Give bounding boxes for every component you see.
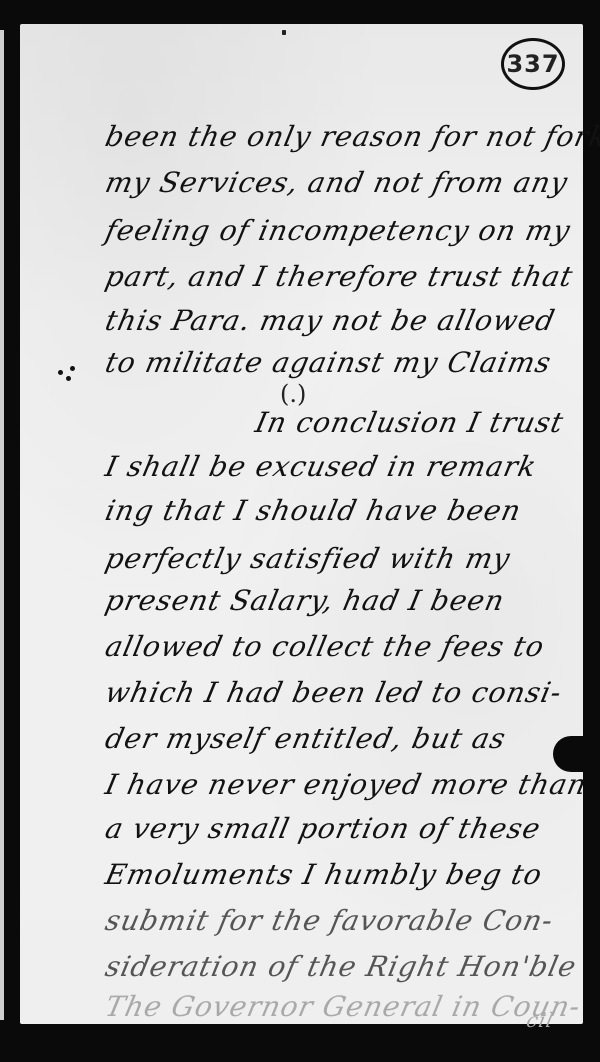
text-line-13: which I had been led to consi-	[100, 676, 580, 720]
text-line-2: my Services, and not from any	[100, 166, 580, 210]
text-line-1: been the only reason for not forking	[100, 120, 580, 164]
text-line-5: this Para. may not be allowed	[100, 304, 580, 348]
text-line-8: I shall be excused in remark	[100, 450, 580, 494]
text-line-4: part, and I therefore trust that	[100, 260, 580, 304]
text-line-11: present Salary, had I been	[100, 584, 580, 628]
text-line-19: sideration of the Right Hon'ble	[100, 950, 580, 994]
folio-number-stamp: 337	[501, 38, 565, 90]
binding-hole	[553, 736, 597, 772]
text-line-14: der myself entitled, but as	[100, 722, 580, 766]
text-line-15: I have never enjoyed more than	[100, 768, 580, 812]
text-line-16: a very small portion of these	[100, 812, 580, 856]
text-line-7: In conclusion I trust	[250, 406, 580, 450]
text-line-12: allowed to collect the fees to	[100, 630, 580, 674]
manuscript-page: 337 been the only reason for not forking…	[20, 24, 583, 1024]
adjacent-page-edge	[0, 30, 4, 1020]
text-line-3: feeling of incompetency on my	[100, 214, 580, 258]
text-line-18: submit for the favorable Con-	[100, 904, 580, 948]
text-line-20: The Governor General in Coun-	[100, 990, 580, 1034]
folio-number: 337	[506, 50, 559, 78]
text-line-6: to militate against my Claims	[100, 346, 580, 390]
text-line-17: Emoluments I humbly beg to	[100, 858, 580, 902]
text-line-10: perfectly satisfied with my	[100, 542, 580, 586]
ink-speck	[282, 30, 286, 35]
text-line-21: cil	[520, 1008, 580, 1052]
text-line-9: ing that I should have been	[100, 494, 580, 538]
paragraph-ornament: (.)	[280, 380, 306, 408]
ink-dots-mark	[58, 366, 82, 382]
